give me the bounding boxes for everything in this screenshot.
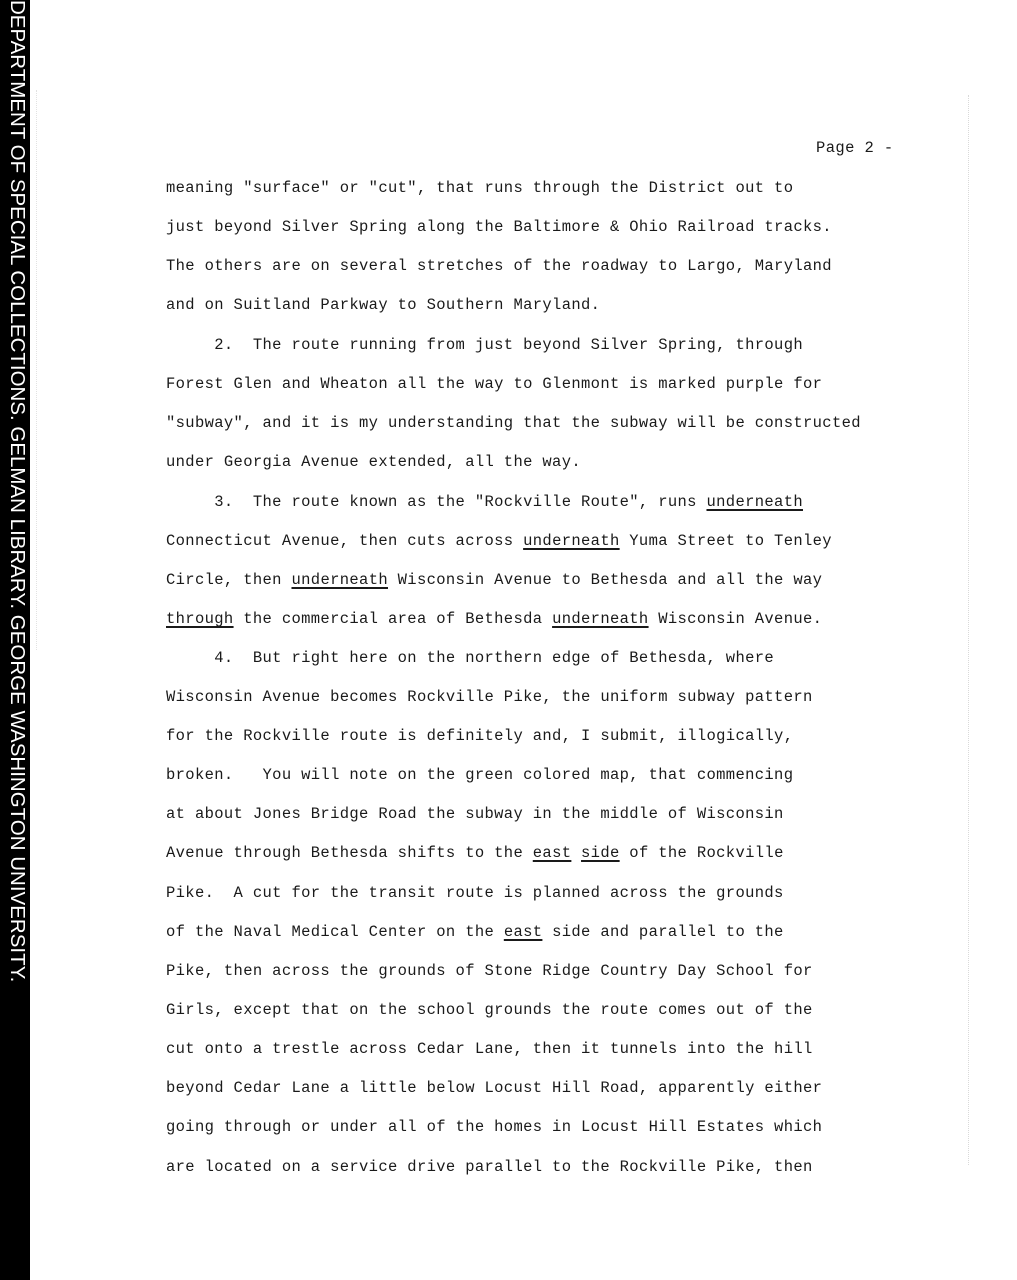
text-line: beyond Cedar Lane a little below Locust …	[166, 1078, 822, 1098]
text-segment: 2. The route running from just beyond Si…	[166, 336, 803, 354]
text-segment: side and parallel to the	[542, 923, 783, 941]
text-segment: Pike, then across the grounds of Stone R…	[166, 962, 813, 980]
text-line: meaning "surface" or "cut", that runs th…	[166, 178, 793, 198]
text-segment: Forest Glen and Wheaton all the way to G…	[166, 375, 822, 393]
text-segment: "subway", and it is my understanding tha…	[166, 414, 861, 432]
text-segment: Avenue through Bethesda shifts to the	[166, 844, 533, 862]
text-line: under Georgia Avenue extended, all the w…	[166, 452, 581, 472]
text-segment: Girls, except that on the school grounds…	[166, 1001, 813, 1019]
text-line: through the commercial area of Bethesda …	[166, 609, 822, 629]
text-segment: cut onto a trestle across Cedar Lane, th…	[166, 1040, 813, 1058]
text-segment	[571, 844, 581, 862]
text-line: Pike, then across the grounds of Stone R…	[166, 961, 813, 981]
text-segment: Wisconsin Avenue becomes Rockville Pike,…	[166, 688, 813, 706]
text-segment: 4. But right here on the northern edge o…	[166, 649, 774, 667]
text-segment: and on Suitland Parkway to Southern Mary…	[166, 296, 600, 314]
text-line: cut onto a trestle across Cedar Lane, th…	[166, 1039, 813, 1059]
text-line: are located on a service drive parallel …	[166, 1157, 813, 1177]
document-page: Page 2 - meaning "surface" or "cut", tha…	[0, 0, 1017, 1280]
text-segment: Yuma Street to Tenley	[620, 532, 832, 550]
text-segment: at about Jones Bridge Road the subway in…	[166, 805, 784, 823]
text-segment: The others are on several stretches of t…	[166, 257, 832, 275]
text-line: "subway", and it is my understanding tha…	[166, 413, 861, 433]
text-segment: Connecticut Avenue, then cuts across	[166, 532, 523, 550]
underlined-emphasis: underneath	[523, 532, 620, 550]
text-line: at about Jones Bridge Road the subway in…	[166, 804, 784, 824]
text-segment: Wisconsin Avenue.	[649, 610, 823, 628]
text-segment: are located on a service drive parallel …	[166, 1158, 813, 1176]
text-line: The others are on several stretches of t…	[166, 256, 832, 276]
text-segment: Pike. A cut for the transit route is pla…	[166, 884, 784, 902]
text-segment: 3. The route known as the "Rockville Rou…	[166, 493, 706, 511]
underlined-emphasis: underneath	[706, 493, 803, 511]
text-segment: just beyond Silver Spring along the Balt…	[166, 218, 832, 236]
text-line: 4. But right here on the northern edge o…	[166, 648, 774, 668]
text-segment: meaning "surface" or "cut", that runs th…	[166, 179, 793, 197]
underlined-emphasis: through	[166, 610, 234, 628]
text-line: Connecticut Avenue, then cuts across und…	[166, 531, 832, 551]
text-segment: Circle, then	[166, 571, 291, 589]
text-line: Circle, then underneath Wisconsin Avenue…	[166, 570, 822, 590]
text-segment: for the Rockville route is definitely an…	[166, 727, 793, 745]
text-line: just beyond Silver Spring along the Balt…	[166, 217, 832, 237]
text-segment: of the Naval Medical Center on the	[166, 923, 504, 941]
page-number: Page 2 -	[816, 139, 894, 157]
text-line: 2. The route running from just beyond Si…	[166, 335, 803, 355]
text-segment: under Georgia Avenue extended, all the w…	[166, 453, 581, 471]
text-segment: of the Rockville	[620, 844, 784, 862]
text-segment: going through or under all of the homes …	[166, 1118, 822, 1136]
text-segment: the commercial area of Bethesda	[234, 610, 553, 628]
text-line: Girls, except that on the school grounds…	[166, 1000, 813, 1020]
text-line: and on Suitland Parkway to Southern Mary…	[166, 295, 600, 315]
text-line: Pike. A cut for the transit route is pla…	[166, 883, 784, 903]
text-line: for the Rockville route is definitely an…	[166, 726, 793, 746]
underlined-emphasis: east	[533, 844, 572, 862]
underlined-emphasis: underneath	[552, 610, 649, 628]
text-line: 3. The route known as the "Rockville Rou…	[166, 492, 803, 512]
text-segment: beyond Cedar Lane a little below Locust …	[166, 1079, 822, 1097]
text-line: Forest Glen and Wheaton all the way to G…	[166, 374, 822, 394]
text-segment: broken. You will note on the green color…	[166, 766, 793, 784]
text-line: going through or under all of the homes …	[166, 1117, 822, 1137]
text-line: broken. You will note on the green color…	[166, 765, 793, 785]
underlined-emphasis: east	[504, 923, 543, 941]
underlined-emphasis: side	[581, 844, 620, 862]
text-segment: Wisconsin Avenue to Bethesda and all the…	[388, 571, 822, 589]
text-line: of the Naval Medical Center on the east …	[166, 922, 784, 942]
text-line: Wisconsin Avenue becomes Rockville Pike,…	[166, 687, 813, 707]
text-line: Avenue through Bethesda shifts to the ea…	[166, 843, 784, 863]
underlined-emphasis: underneath	[291, 571, 388, 589]
